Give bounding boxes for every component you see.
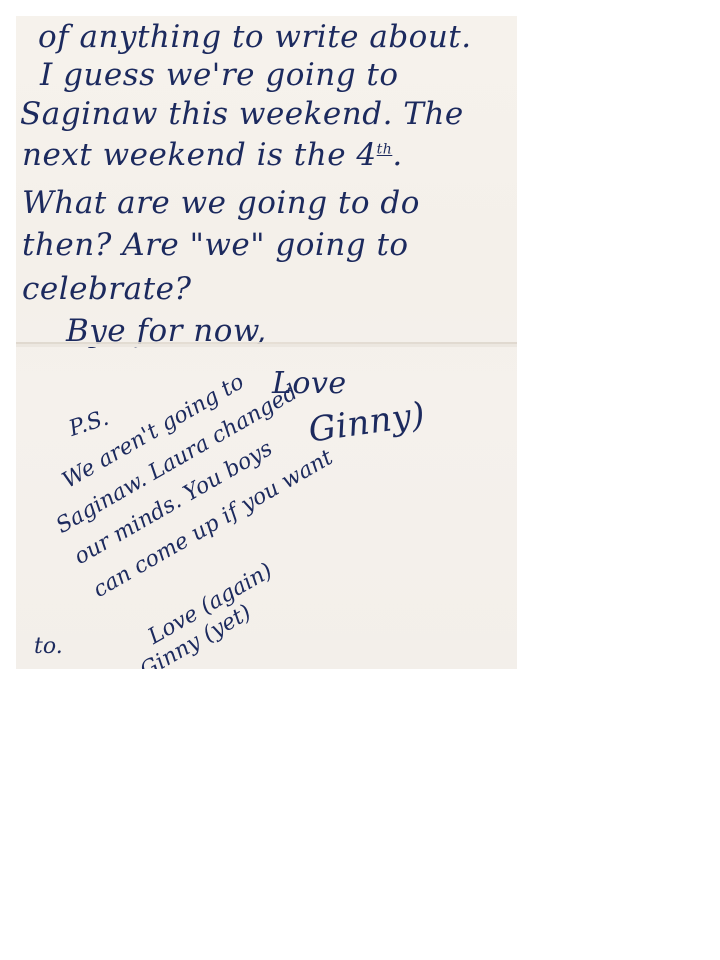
letter-line-1: of anything to write about.	[38, 22, 472, 53]
letter-line-3: Saginaw this weekend. The	[20, 99, 464, 130]
letter-line-5: What are we going to do	[22, 188, 420, 219]
ps-line-5: to.	[34, 634, 63, 659]
letter-paper: of anything to write about. I guess we'r…	[16, 16, 517, 669]
signature-ginny: Ginny)	[306, 395, 428, 451]
period: .	[392, 137, 402, 173]
letter-line-2: I guess we're going to	[40, 60, 399, 91]
letter-line-7: celebrate?	[22, 274, 192, 305]
letter-line-4: next weekend is the 4th.	[22, 140, 403, 171]
scanned-page: of anything to write about. I guess we'r…	[0, 0, 720, 960]
ps-label: P.S.	[66, 405, 112, 441]
fold-crease-shadow	[16, 344, 517, 347]
letter-line-4-text: next weekend is the 4	[22, 137, 377, 173]
ordinal-suffix: th	[377, 142, 393, 158]
letter-line-6: then? Are "we" going to	[22, 230, 409, 261]
